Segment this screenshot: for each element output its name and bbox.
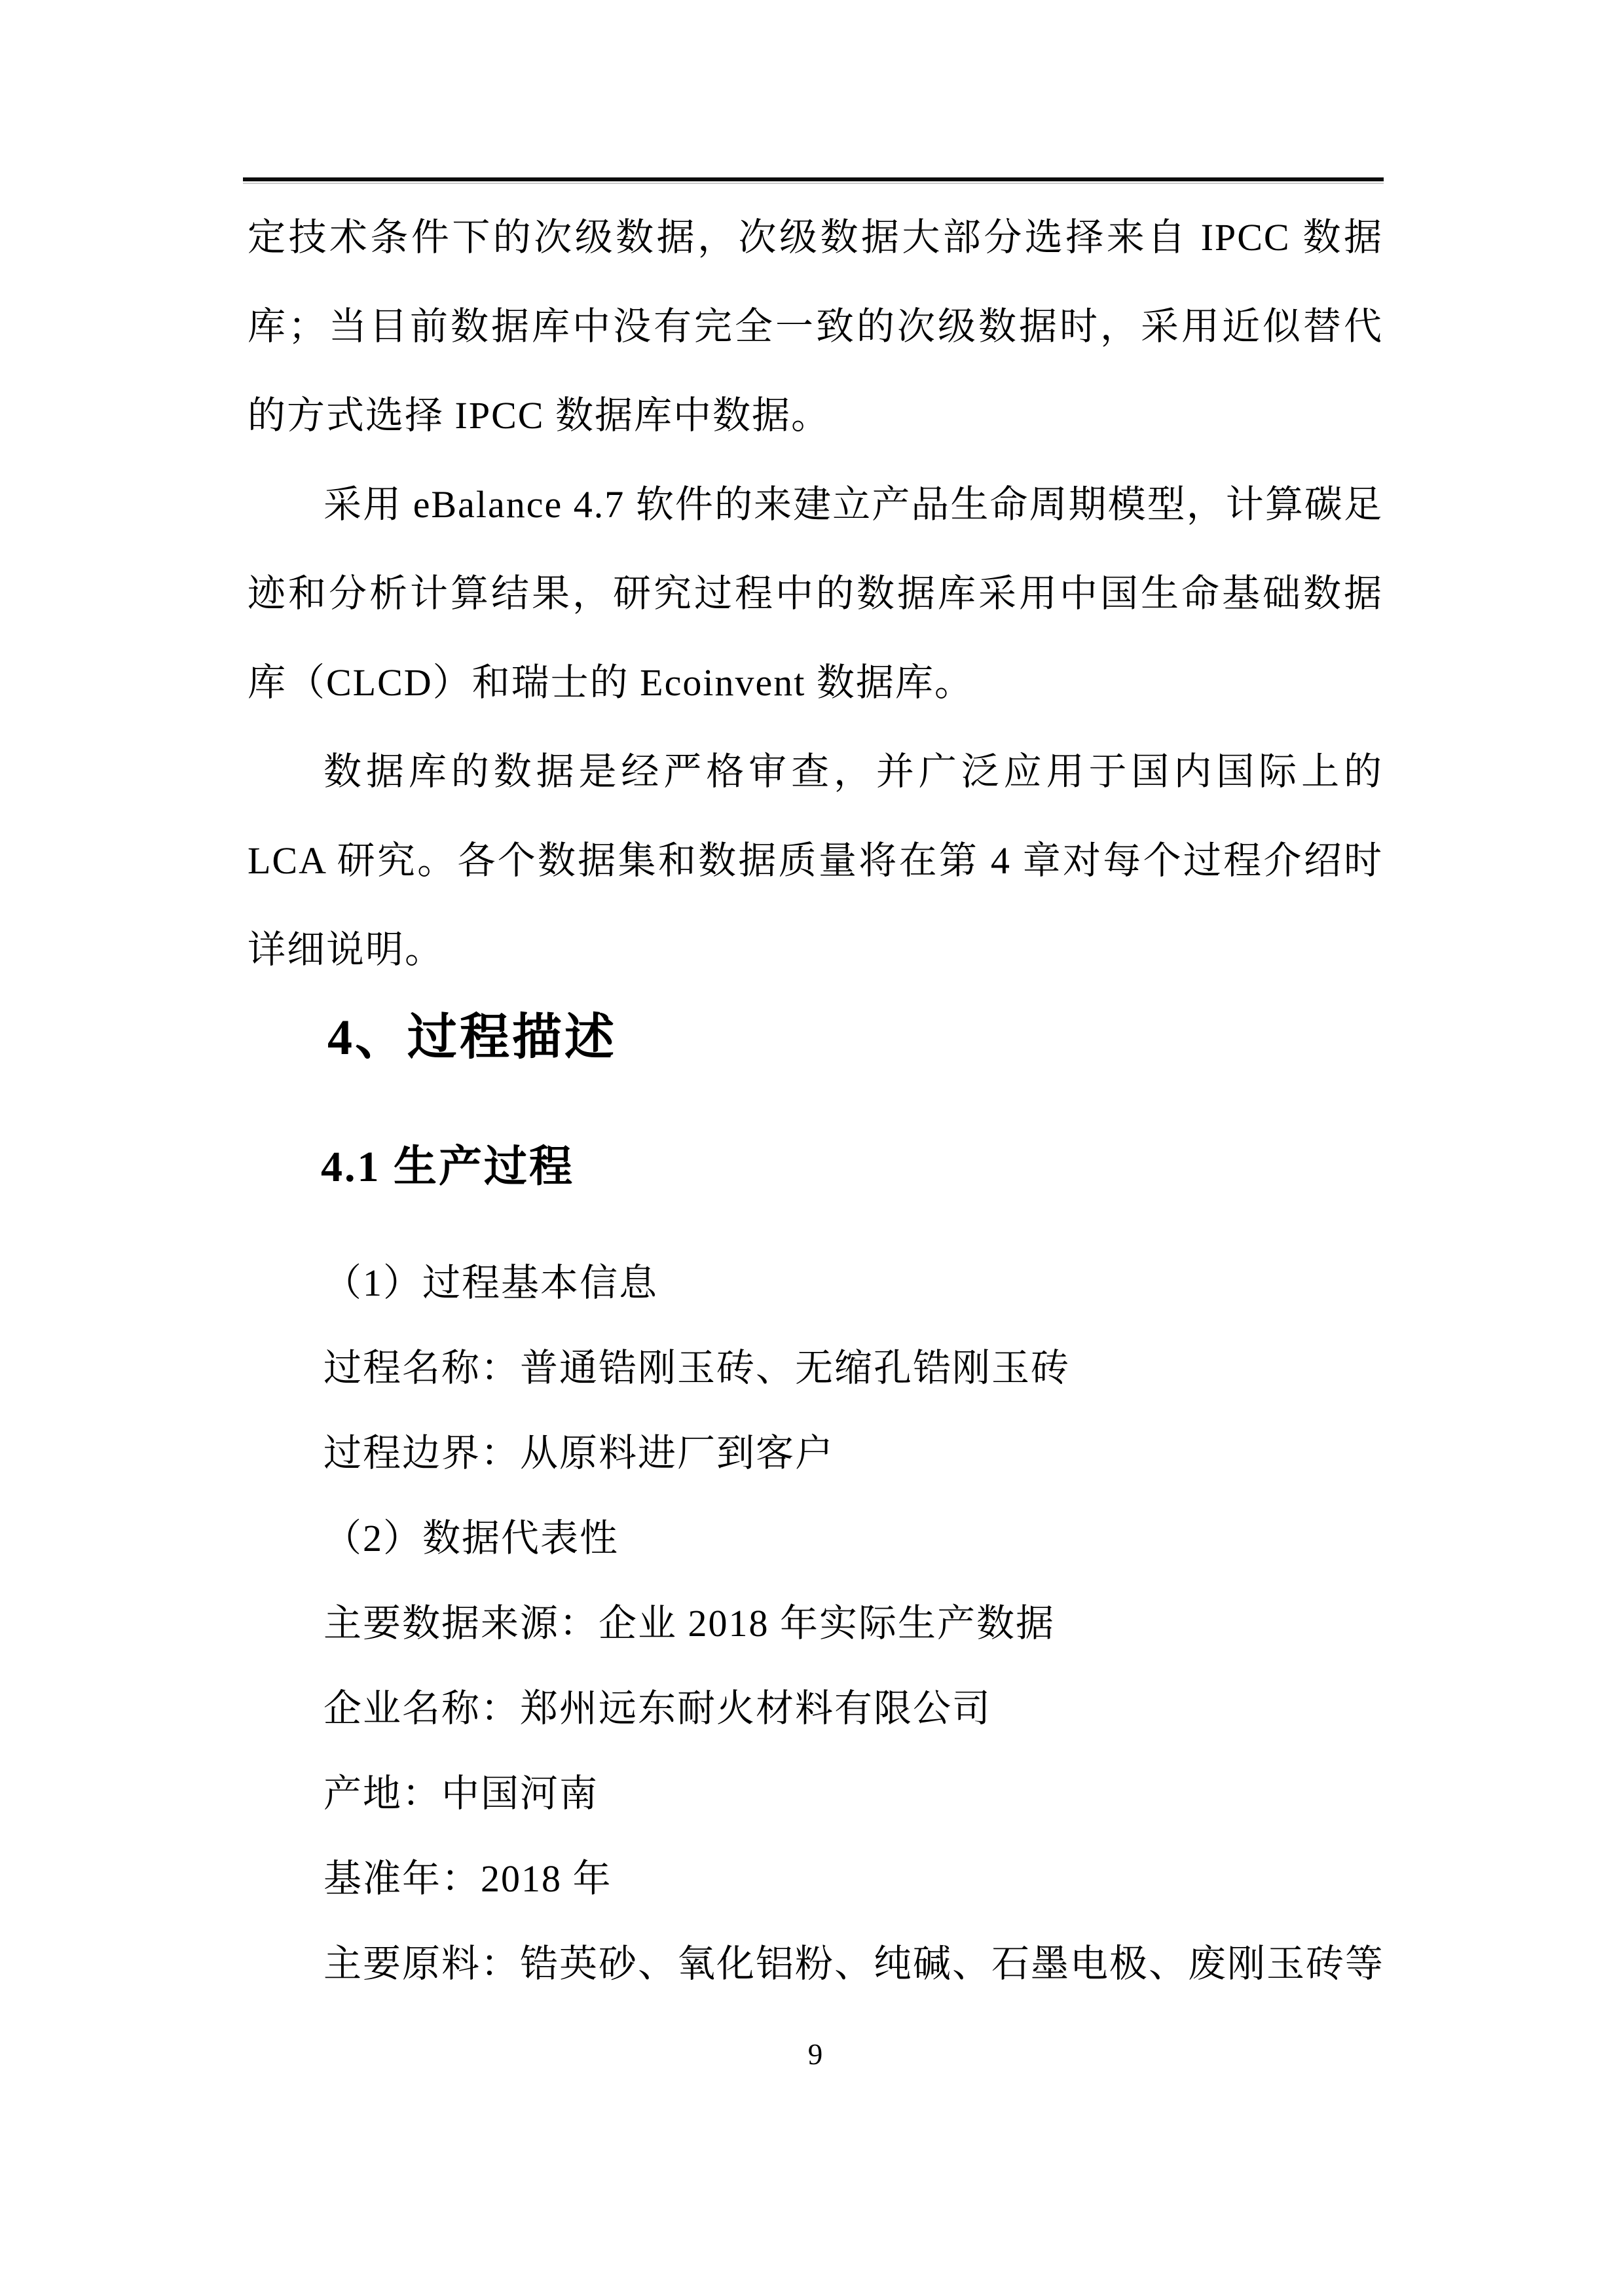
section-heading: 4、过程描述 [248, 1008, 1383, 1068]
detail-line: 产地：中国河南 [248, 1751, 1383, 1836]
page-body: 定技术条件下的次级数据，次级数据大部分选择来自 IPCC 数据库；当目前数据库中… [248, 193, 1383, 2007]
detail-line: 过程边界：从原料进厂到客户 [248, 1411, 1383, 1496]
page-number: 9 [248, 2035, 1383, 2074]
body-paragraph: 采用 eBalance 4.7 软件的来建立产品生命周期模型，计算碳足迹和分析计… [248, 460, 1383, 727]
body-paragraph: 定技术条件下的次级数据，次级数据大部分选择来自 IPCC 数据库；当目前数据库中… [248, 193, 1383, 460]
detail-line: 主要原料：锆英砂、氧化铝粉、纯碱、石墨电极、废刚玉砖等 [248, 1922, 1383, 2007]
header-rule-shadow [243, 183, 1384, 184]
detail-line: （2）数据代表性 [248, 1496, 1383, 1581]
header-rule [243, 177, 1384, 181]
detail-line: 企业名称：郑州远东耐火材料有限公司 [248, 1666, 1383, 1751]
detail-line: 过程名称：普通锆刚玉砖、无缩孔锆刚玉砖 [248, 1326, 1383, 1411]
detail-line: （1）过程基本信息 [248, 1241, 1383, 1326]
detail-line: 主要数据来源：企业 2018 年实际生产数据 [248, 1581, 1383, 1666]
process-detail-list: （1）过程基本信息 过程名称：普通锆刚玉砖、无缩孔锆刚玉砖 过程边界：从原料进厂… [248, 1241, 1383, 2007]
document-page: 定技术条件下的次级数据，次级数据大部分选择来自 IPCC 数据库；当目前数据库中… [0, 0, 1624, 2296]
subsection-heading: 4.1 生产过程 [248, 1141, 1383, 1193]
body-paragraph: 数据库的数据是经严格审查，并广泛应用于国内国际上的 LCA 研究。各个数据集和数… [248, 727, 1383, 994]
detail-line: 基准年：2018 年 [248, 1836, 1383, 1922]
